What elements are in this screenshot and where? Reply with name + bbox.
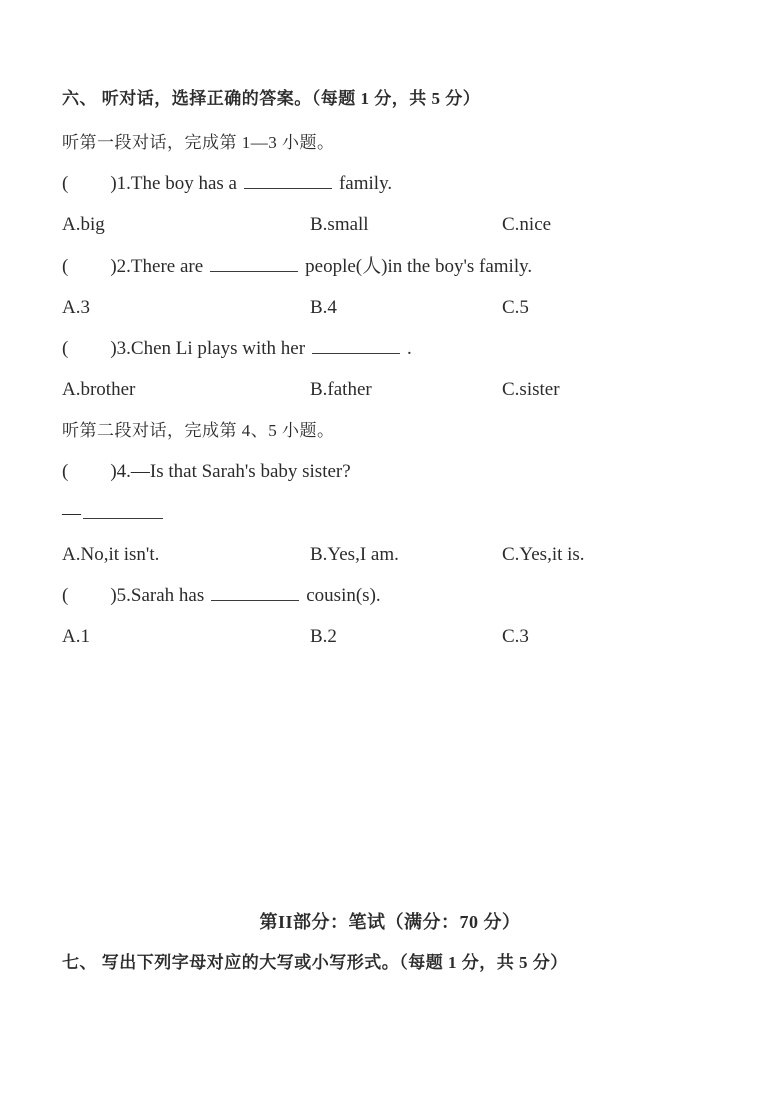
option-a: A.No,it isn't. [62,542,159,568]
question-number: 4. [117,461,131,482]
question-text-before: The boy has a [131,173,237,194]
question-4-options: A.No,it isn't. B.Yes,I am. C.Yes,it is. [62,542,778,568]
question-number: 1. [117,173,131,194]
question-2: ()2.There arepeople(人)in the boy's famil… [62,254,532,280]
question-number: 5. [117,585,131,606]
blank-underline [312,339,400,354]
passage-two-note: 听第二段对话，完成第 4、5 小题。 [62,418,335,444]
bracket-open: ( [62,173,68,194]
answer-dash: — [62,503,81,524]
bracket-open: ( [62,256,68,277]
option-a: A.3 [62,295,90,321]
option-b: B.Yes,I am. [310,542,399,568]
question-5: ()5.Sarah hascousin(s). [62,583,381,609]
option-b: B.4 [310,295,337,321]
question-3: ()3.Chen Li plays with her. [62,336,412,362]
bracket-open: ( [62,585,68,606]
question-text-after: . [407,338,412,359]
answer-bracket: () [62,461,117,482]
option-c: C.5 [502,295,529,321]
option-c: C.nice [502,212,551,238]
question-4: ()4.—Is that Sarah's baby sister? [62,459,351,485]
question-number: 3. [117,338,131,359]
option-a: A.brother [62,377,135,403]
question-text-after: people(人)in the boy's family. [305,256,532,277]
question-text-after: cousin(s). [306,585,380,606]
option-b: B.father [310,377,372,403]
part-two-heading: 第II部分：笔试（满分：70 分） [0,909,780,935]
section-six-heading: 六、 听对话，选择正确的答案。（每题 1 分，共 5 分） [62,86,480,112]
question-3-options: A.brother B.father C.sister [62,377,778,403]
question-text-before: Sarah has [131,585,204,606]
question-1: ()1.The boy has afamily. [62,171,392,197]
blank-underline [83,504,163,519]
blank-underline [210,257,298,272]
section-seven-heading: 七、 写出下列字母对应的大写或小写形式。（每题 1 分，共 5 分） [62,950,568,976]
question-2-options: A.3 B.4 C.5 [62,295,778,321]
option-b: B.small [310,212,369,238]
blank-underline [244,174,332,189]
bracket-open: ( [62,461,68,482]
answer-bracket: () [62,338,117,359]
option-c: C.Yes,it is. [502,542,585,568]
answer-bracket: () [62,585,117,606]
bracket-open: ( [62,338,68,359]
option-a: A.big [62,212,105,238]
passage-one-note: 听第一段对话，完成第 1—3 小题。 [62,130,335,156]
option-c: C.3 [502,624,529,650]
question-text-after: family. [339,173,392,194]
question-text: —Is that Sarah's baby sister? [131,461,351,482]
question-text-before: There are [131,256,203,277]
test-paper-page: 六、 听对话，选择正确的答案。（每题 1 分，共 5 分） 听第一段对话，完成第… [0,0,780,1102]
question-text-before: Chen Li plays with her [131,338,305,359]
option-b: B.2 [310,624,337,650]
option-a: A.1 [62,624,90,650]
question-5-options: A.1 B.2 C.3 [62,624,778,650]
answer-bracket: () [62,173,117,194]
answer-bracket: () [62,256,117,277]
blank-underline [211,586,299,601]
option-c: C.sister [502,377,560,403]
question-1-options: A.big B.small C.nice [62,212,778,238]
question-number: 2. [117,256,131,277]
question-4-answer-line: — [62,501,163,527]
